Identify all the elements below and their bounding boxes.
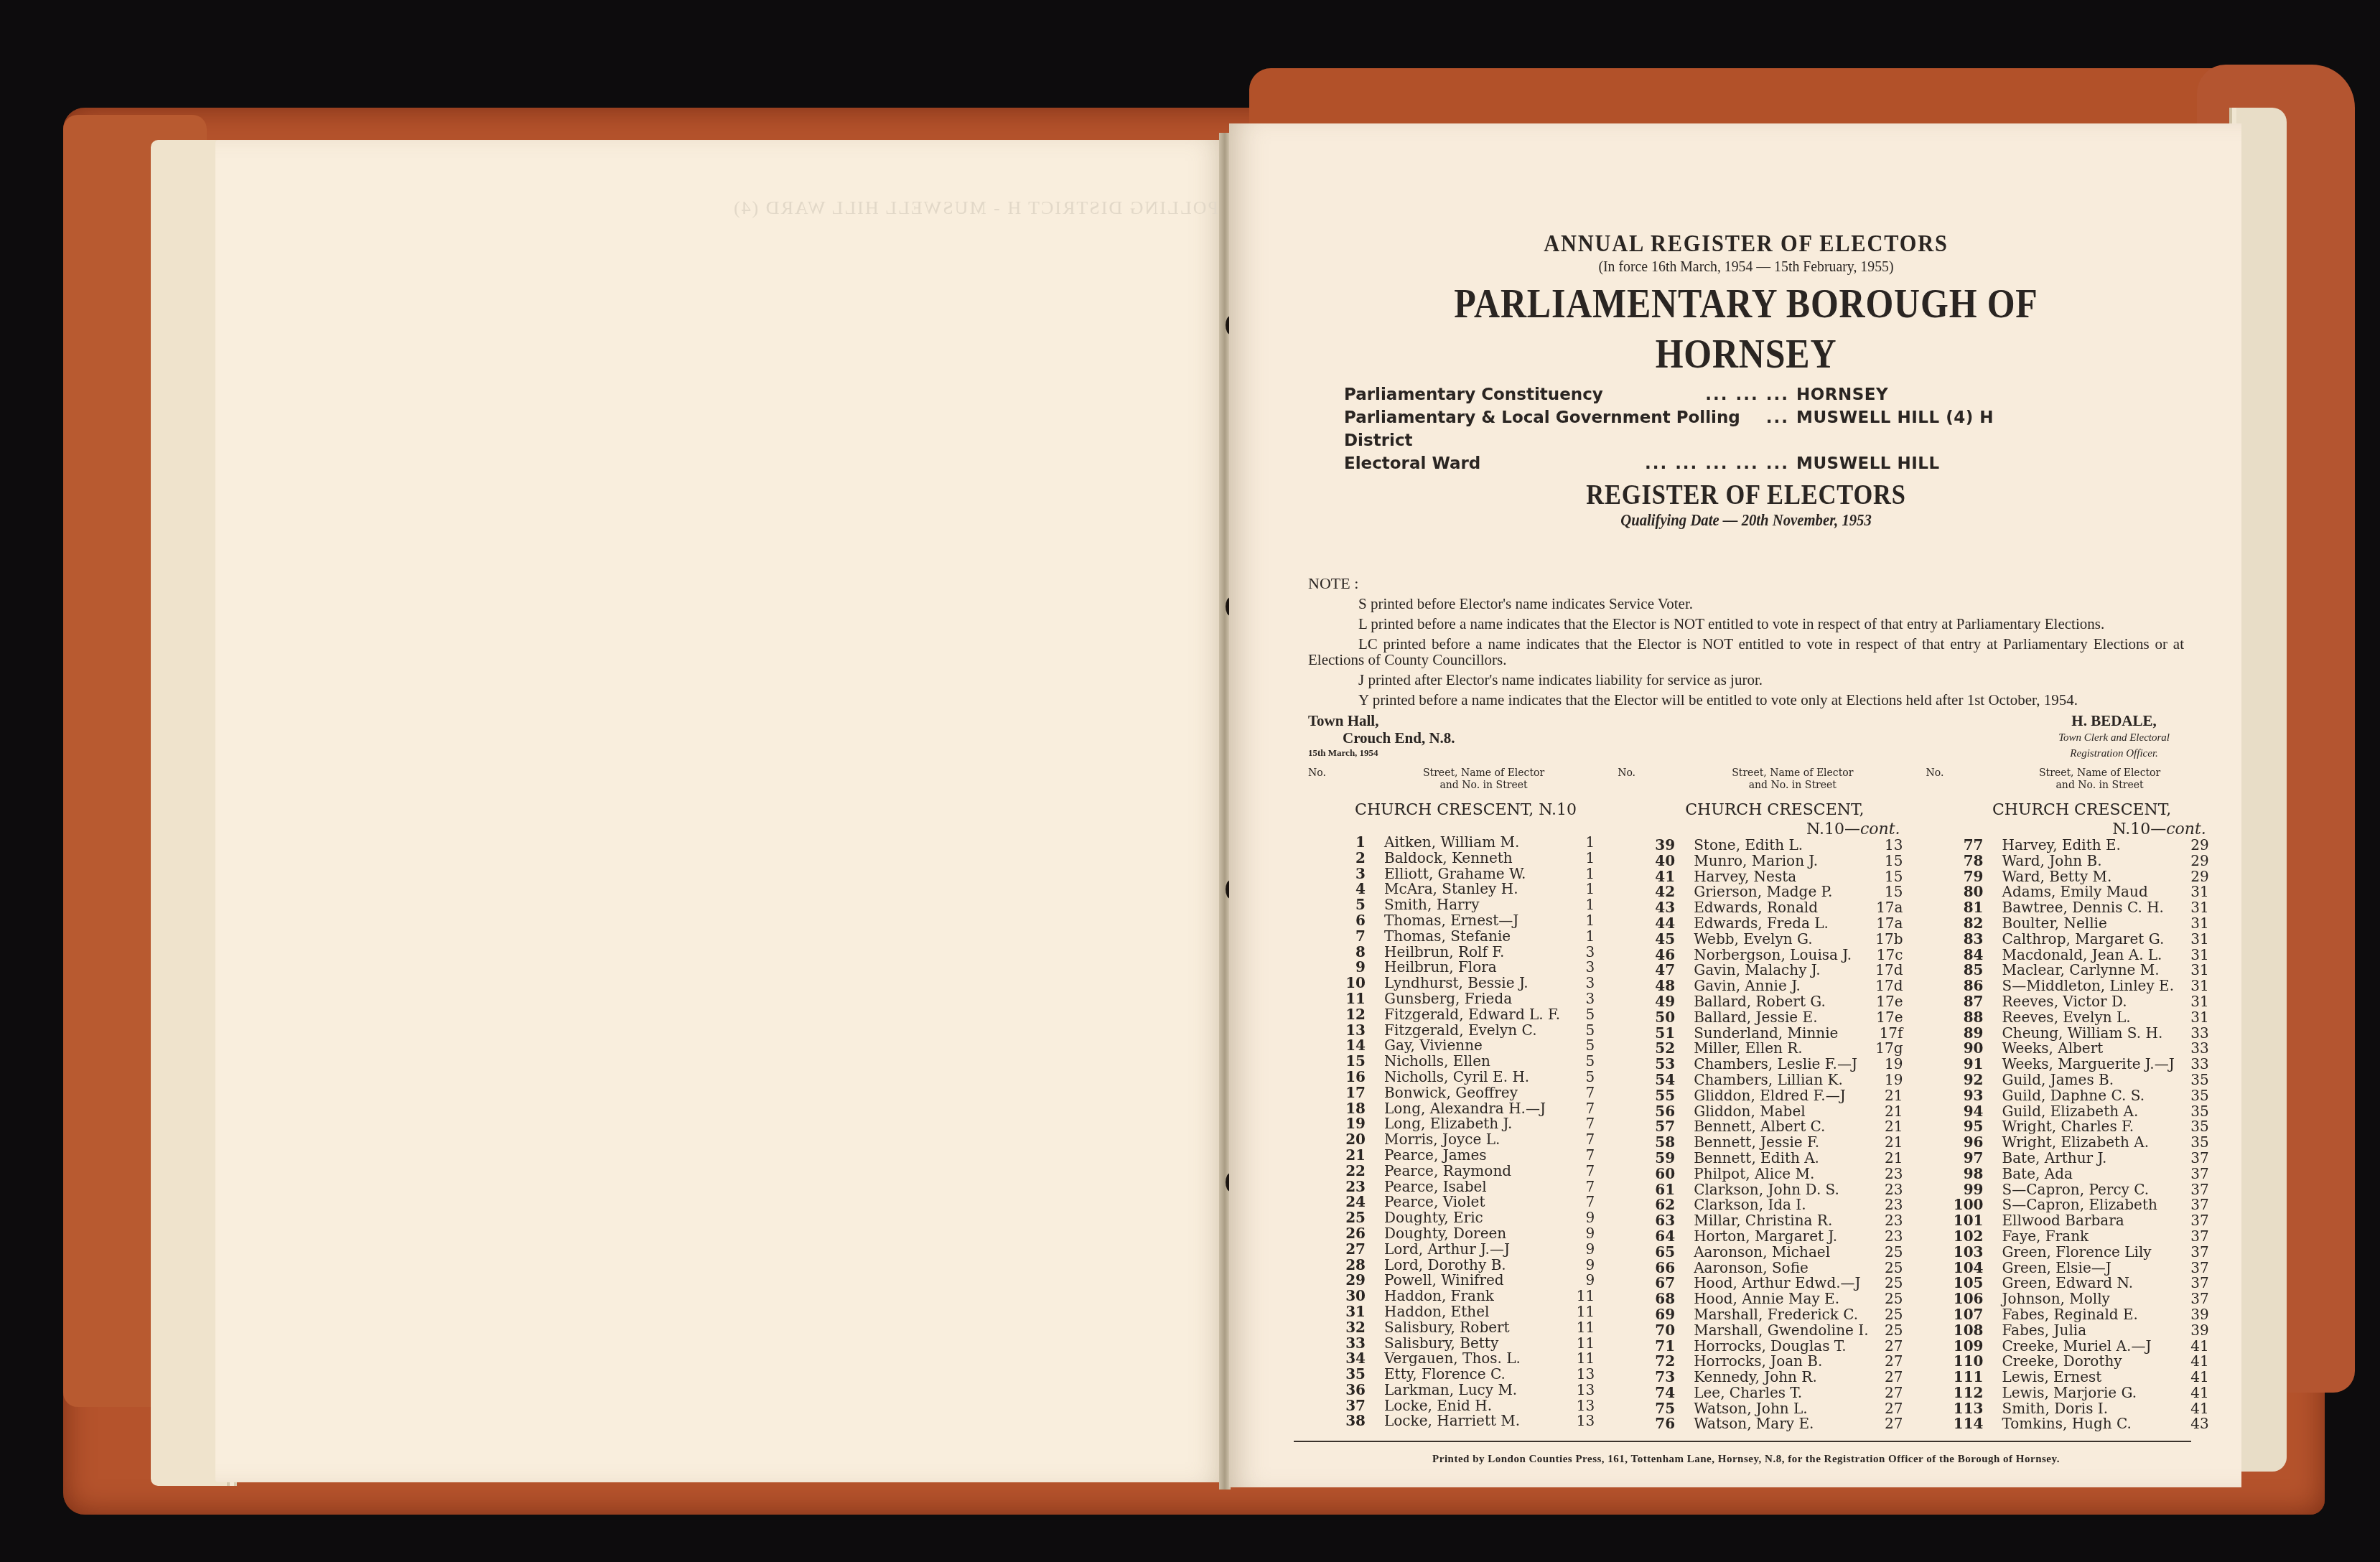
elector-row: 21Pearce, James7 — [1308, 1148, 1595, 1164]
register-column-2: No. Street, Name of Electorand No. in St… — [1618, 767, 1903, 1432]
leader-dots: ... ... ... — [1705, 383, 1789, 406]
elector-number: 76 — [1618, 1416, 1694, 1432]
elector-name: Vergauen, Thos. L. — [1384, 1351, 1560, 1367]
house-number: 9 — [1560, 1210, 1595, 1226]
elector-number: 82 — [1926, 916, 2002, 932]
elector-number: 106 — [1926, 1291, 2002, 1307]
elector-row: 99S—Capron, Percy C.37 — [1926, 1182, 2209, 1198]
elector-row: 4McAra, Stanley H.1 — [1308, 881, 1595, 897]
elector-name: Bonwick, Geoffrey — [1384, 1085, 1560, 1101]
elector-name: Thomas, Ernest—J — [1384, 913, 1560, 929]
elector-name: Watson, John L. — [1694, 1401, 1868, 1417]
elector-name: Fabes, Reginald E. — [2002, 1307, 2175, 1323]
elector-name: Fabes, Julia — [2002, 1323, 2175, 1339]
elector-row: 93Guild, Daphne C. S.35 — [1926, 1088, 2209, 1104]
elector-name: Adams, Emily Maud — [2002, 884, 2175, 900]
house-number: 15 — [1869, 869, 1903, 885]
elector-name: Lyndhurst, Bessie J. — [1384, 976, 1560, 991]
house-number: 37 — [2175, 1213, 2209, 1229]
elector-name: Pearce, Raymond — [1384, 1164, 1560, 1179]
column-header-desc: and No. in Street — [1373, 780, 1595, 792]
elector-row: 98Bate, Ada37 — [1926, 1166, 2209, 1182]
elector-name: Pearce, James — [1384, 1148, 1560, 1164]
elector-name: Reeves, Evelyn L. — [2002, 1010, 2175, 1026]
house-number: 43 — [2175, 1416, 2209, 1432]
elector-name: Gliddon, Mabel — [1694, 1104, 1868, 1120]
elector-name: Bennett, Jessie F. — [1694, 1135, 1868, 1151]
house-number: 33 — [2175, 1041, 2209, 1057]
register-column-3: No. Street, Name of Electorand No. in St… — [1926, 767, 2209, 1432]
officer-title: Town Clerk and Electoral — [2058, 730, 2170, 746]
elector-number: 108 — [1926, 1323, 2002, 1339]
elector-row: 75Watson, John L.27 — [1618, 1401, 1903, 1417]
elector-row: 42Grierson, Madge P.15 — [1618, 884, 1903, 900]
elector-row: 108Fabes, Julia39 — [1926, 1323, 2209, 1339]
elector-row: 111Lewis, Ernest41 — [1926, 1370, 2209, 1385]
house-number: 39 — [2175, 1323, 2209, 1339]
house-number: 35 — [2175, 1088, 2209, 1104]
elector-name: Boulter, Nellie — [2002, 916, 2175, 932]
elector-number: 43 — [1618, 900, 1694, 916]
elector-row: 91Weeks, Marguerite J.—J33 — [1926, 1057, 2209, 1072]
house-number: 33 — [2175, 1026, 2209, 1042]
elector-row: 56Gliddon, Mabel21 — [1618, 1104, 1903, 1120]
elector-row: 112Lewis, Marjorie G.41 — [1926, 1385, 2209, 1401]
column-header-no: No. — [1308, 767, 1373, 792]
elector-number: 74 — [1618, 1385, 1694, 1401]
elector-name: Cheung, William S. H. — [2002, 1026, 2175, 1042]
note-item: LC printed before a name indicates that … — [1308, 636, 2184, 668]
house-number: 31 — [2175, 948, 2209, 963]
district-label: Parliamentary & Local Government Polling… — [1344, 406, 1766, 452]
register-page-content: ANNUAL REGISTER OF ELECTORS (In force 16… — [1308, 231, 2184, 1466]
elector-name: Locke, Harriett M. — [1384, 1413, 1560, 1429]
elector-name: Green, Florence Lily — [2002, 1245, 2175, 1261]
elector-number: 72 — [1618, 1354, 1694, 1370]
elector-name: Gavin, Annie J. — [1694, 978, 1868, 994]
house-number: 27 — [1869, 1385, 1903, 1401]
elector-number: 11 — [1308, 991, 1384, 1007]
elector-name: S—Middleton, Linley E. — [2002, 978, 2175, 994]
elector-name: Maclear, Carlynne M. — [2002, 963, 2175, 978]
district-value: MUSWELL HILL (4) H — [1796, 406, 1994, 452]
annual-register-heading: ANNUAL REGISTER OF ELECTORS — [1343, 231, 2149, 257]
house-number: 29 — [2175, 854, 2209, 869]
entries-list: 77Harvey, Edith E.2978Ward, John B.2979W… — [1926, 838, 2209, 1432]
elector-row: 88Reeves, Evelyn L.31 — [1926, 1010, 2209, 1026]
elector-name: Chambers, Lillian K. — [1694, 1072, 1868, 1088]
elector-name: Powell, Winifred — [1384, 1273, 1560, 1289]
elector-number: 40 — [1618, 854, 1694, 869]
elector-name: Ellwood Barbara — [2002, 1213, 2175, 1229]
elector-number: 68 — [1618, 1291, 1694, 1307]
house-number: 37 — [2175, 1182, 2209, 1198]
elector-row: 11Gunsberg, Frieda3 — [1308, 991, 1595, 1007]
elector-name: Fitzgerald, Evelyn C. — [1384, 1023, 1560, 1039]
elector-number: 98 — [1926, 1166, 2002, 1182]
elector-number: 57 — [1618, 1119, 1694, 1135]
house-number: 7 — [1560, 1132, 1595, 1148]
house-number: 13 — [1560, 1398, 1595, 1414]
elector-number: 14 — [1308, 1038, 1384, 1054]
elector-row: 27Lord, Arthur J.—J9 — [1308, 1242, 1595, 1258]
house-number: 1 — [1560, 929, 1595, 945]
register-heading: REGISTER OF ELECTORS — [1369, 478, 2122, 511]
elector-row: 61Clarkson, John D. S.23 — [1618, 1182, 1903, 1198]
elector-number: 51 — [1618, 1026, 1694, 1042]
elector-row: 89Cheung, William S. H.33 — [1926, 1026, 2209, 1042]
elector-number: 23 — [1308, 1179, 1384, 1195]
elector-name: Harvey, Nesta — [1694, 869, 1868, 885]
column-header: No. Street, Name of Electorand No. in St… — [1308, 767, 1595, 792]
house-number: 9 — [1560, 1258, 1595, 1273]
borough-title: PARLIAMENTARY BOROUGH OF HORNSEY — [1369, 279, 2122, 379]
right-page: ANNUAL REGISTER OF ELECTORS (In force 16… — [1229, 123, 2241, 1487]
house-number: 25 — [1869, 1245, 1903, 1261]
elector-name: Guild, Elizabeth A. — [2002, 1104, 2175, 1120]
street-heading: CHURCH CRESCENT, N.10 — [1337, 802, 1595, 819]
entries-list: 39Stone, Edith L.1340Munro, Marion J.154… — [1618, 838, 1903, 1432]
elector-row: 69Marshall, Frederick C.25 — [1618, 1307, 1903, 1323]
elector-name: Ward, John B. — [2002, 854, 2175, 869]
elector-number: 10 — [1308, 976, 1384, 991]
elector-number: 45 — [1618, 932, 1694, 948]
elector-row: 54Chambers, Lillian K.19 — [1618, 1072, 1903, 1088]
house-number: 5 — [1560, 1070, 1595, 1085]
house-number: 33 — [2175, 1057, 2209, 1072]
house-number: 7 — [1560, 1148, 1595, 1164]
elector-name: Doughty, Doreen — [1384, 1226, 1560, 1242]
elector-number: 67 — [1618, 1276, 1694, 1291]
district-value: HORNSEY — [1796, 383, 1888, 406]
elector-number: 6 — [1308, 913, 1384, 929]
elector-number: 96 — [1926, 1135, 2002, 1151]
publication-date: 15th March, 1954 — [1308, 747, 1455, 759]
elector-number: 22 — [1308, 1164, 1384, 1179]
elector-row: 57Bennett, Albert C.21 — [1618, 1119, 1903, 1135]
street-continued: N.10—cont. — [1618, 822, 1903, 838]
house-number: 3 — [1560, 991, 1595, 1007]
elector-row: 17Bonwick, Geoffrey7 — [1308, 1085, 1595, 1101]
house-number: 31 — [2175, 916, 2209, 932]
elector-number: 18 — [1308, 1101, 1384, 1117]
elector-number: 53 — [1618, 1057, 1694, 1072]
elector-number: 70 — [1618, 1323, 1694, 1339]
house-number: 13 — [1560, 1367, 1595, 1383]
elector-row: 7Thomas, Stefanie1 — [1308, 929, 1595, 945]
house-number: 11 — [1560, 1304, 1595, 1320]
elector-name: Ballard, Robert G. — [1694, 994, 1868, 1010]
elector-name: Horton, Margaret J. — [1694, 1229, 1868, 1245]
elector-number: 46 — [1618, 948, 1694, 963]
elector-row: 104Green, Elsie—J37 — [1926, 1261, 2209, 1276]
house-number: 5 — [1560, 1038, 1595, 1054]
note-item: Y printed before a name indicates that t… — [1308, 692, 2184, 708]
elector-row: 37Locke, Enid H.13 — [1308, 1398, 1595, 1414]
elector-name: Watson, Mary E. — [1694, 1416, 1868, 1432]
elector-name: Aaronson, Sofie — [1694, 1261, 1868, 1276]
elector-row: 113Smith, Doris I.41 — [1926, 1401, 2209, 1417]
house-number: 9 — [1560, 1273, 1595, 1289]
elector-row: 95Wright, Charles F.35 — [1926, 1119, 2209, 1135]
house-number: 37 — [2175, 1151, 2209, 1166]
elector-row: 41Harvey, Nesta15 — [1618, 869, 1903, 885]
elector-name: Green, Elsie—J — [2002, 1261, 2175, 1276]
elector-row: 77Harvey, Edith E.29 — [1926, 838, 2209, 854]
elector-name: Long, Elizabeth J. — [1384, 1116, 1560, 1132]
house-number: 5 — [1560, 1007, 1595, 1023]
house-number: 1 — [1560, 835, 1595, 851]
leader-dots: ... — [1766, 406, 1789, 452]
elector-row: 71Horrocks, Douglas T.27 — [1618, 1339, 1903, 1355]
house-number: 19 — [1869, 1057, 1903, 1072]
elector-row: 26Doughty, Doreen9 — [1308, 1226, 1595, 1242]
elector-row: 85Maclear, Carlynne M.31 — [1926, 963, 2209, 978]
elector-name: Bawtree, Dennis C. H. — [2002, 900, 2175, 916]
elector-number: 48 — [1618, 978, 1694, 994]
elector-name: Lewis, Marjorie G. — [2002, 1385, 2175, 1401]
district-row-ward: Electoral Ward... ... ... ... ... MUSWEL… — [1344, 452, 2184, 475]
elector-number: 63 — [1618, 1213, 1694, 1229]
elector-number: 73 — [1618, 1370, 1694, 1385]
elector-row: 52Miller, Ellen R.17g — [1618, 1041, 1903, 1057]
elector-register-table: No. Street, Name of Electorand No. in St… — [1308, 767, 2184, 1432]
elector-name: Gavin, Malachy J. — [1694, 963, 1868, 978]
elector-number: 86 — [1926, 978, 2002, 994]
house-number: 31 — [2175, 1010, 2209, 1026]
entries-list: 1Aitken, William M.12Baldock, Kenneth13E… — [1308, 835, 1595, 1429]
elector-row: 14Gay, Vivienne5 — [1308, 1038, 1595, 1054]
elector-number: 8 — [1308, 945, 1384, 960]
house-number: 41 — [2175, 1370, 2209, 1385]
elector-row: 47Gavin, Malachy J.17d — [1618, 963, 1903, 978]
elector-row: 18Long, Alexandra H.—J7 — [1308, 1101, 1595, 1117]
elector-row: 110Creeke, Dorothy41 — [1926, 1354, 2209, 1370]
elector-name: Hood, Arthur Edwd.—J — [1694, 1276, 1868, 1291]
elector-row: 20Morris, Joyce L.7 — [1308, 1132, 1595, 1148]
elector-row: 84Macdonald, Jean A. L.31 — [1926, 948, 2209, 963]
elector-row: 74Lee, Charles T.27 — [1618, 1385, 1903, 1401]
house-number: 17a — [1869, 900, 1903, 916]
elector-name: Ward, Betty M. — [2002, 869, 2175, 885]
elector-number: 19 — [1308, 1116, 1384, 1132]
elector-row: 10Lyndhurst, Bessie J.3 — [1308, 976, 1595, 991]
elector-row: 70Marshall, Gwendoline I.25 — [1618, 1323, 1903, 1339]
address-line: Town Hall, — [1308, 712, 1455, 729]
elector-row: 6Thomas, Ernest—J1 — [1308, 913, 1595, 929]
house-number: 29 — [2175, 869, 2209, 885]
house-number: 37 — [2175, 1197, 2209, 1213]
house-number: 31 — [2175, 900, 2209, 916]
house-number: 1 — [1560, 866, 1595, 882]
house-number: 13 — [1869, 838, 1903, 854]
elector-row: 94Guild, Elizabeth A.35 — [1926, 1104, 2209, 1120]
elector-number: 13 — [1308, 1023, 1384, 1039]
printer-imprint: Printed by London Counties Press, 161, T… — [1308, 1454, 2184, 1466]
elector-name: Haddon, Frank — [1384, 1289, 1560, 1304]
elector-name: Creeke, Dorothy — [2002, 1354, 2175, 1370]
house-number: 41 — [2175, 1401, 2209, 1417]
elector-name: Long, Alexandra H.—J — [1384, 1101, 1560, 1117]
house-number: 9 — [1560, 1242, 1595, 1258]
elector-row: 48Gavin, Annie J.17d — [1618, 978, 1903, 994]
elector-number: 71 — [1618, 1339, 1694, 1355]
elector-row: 45Webb, Evelyn G.17b — [1618, 932, 1903, 948]
district-row-polling-district: Parliamentary & Local Government Polling… — [1344, 406, 2184, 452]
elector-row: 79Ward, Betty M.29 — [1926, 869, 2209, 885]
elector-row: 90Weeks, Albert33 — [1926, 1041, 2209, 1057]
elector-number: 65 — [1618, 1245, 1694, 1261]
column-header-desc: and No. in Street — [1991, 780, 2209, 792]
elector-number: 112 — [1926, 1385, 2002, 1401]
house-number: 23 — [1869, 1166, 1903, 1182]
elector-name: Smith, Doris I. — [2002, 1401, 2175, 1417]
house-number: 17a — [1869, 916, 1903, 932]
elector-row: 59Bennett, Edith A.21 — [1618, 1151, 1903, 1166]
note-item: L printed before a name indicates that t… — [1308, 616, 2184, 632]
house-number: 17c — [1869, 948, 1903, 963]
house-number: 7 — [1560, 1101, 1595, 1117]
house-number: 23 — [1869, 1213, 1903, 1229]
elector-row: 43Edwards, Ronald17a — [1618, 900, 1903, 916]
street-heading: CHURCH CRESCENT, — [1646, 802, 1903, 819]
elector-number: 38 — [1308, 1413, 1384, 1429]
elector-number: 4 — [1308, 881, 1384, 897]
house-number: 3 — [1560, 960, 1595, 976]
elector-name: S—Capron, Elizabeth — [2002, 1197, 2175, 1213]
elector-row: 23Pearce, Isabel7 — [1308, 1179, 1595, 1195]
elector-row: 28Lord, Dorothy B.9 — [1308, 1258, 1595, 1273]
elector-name: Bate, Arthur J. — [2002, 1151, 2175, 1166]
elector-row: 55Gliddon, Eldred F.—J21 — [1618, 1088, 1903, 1104]
notes-title: NOTE : — [1308, 576, 2184, 591]
elector-number: 37 — [1308, 1398, 1384, 1414]
house-number: 13 — [1560, 1413, 1595, 1429]
elector-number: 15 — [1308, 1054, 1384, 1070]
house-number: 39 — [2175, 1307, 2209, 1323]
elector-row: 36Larkman, Lucy M.13 — [1308, 1383, 1595, 1398]
elector-row: 80Adams, Emily Maud31 — [1926, 884, 2209, 900]
elector-number: 17 — [1308, 1085, 1384, 1101]
elector-row: 101Ellwood Barbara37 — [1926, 1213, 2209, 1229]
officer-title: Registration Officer. — [2058, 746, 2170, 762]
elector-name: Chambers, Leslie F.—J — [1694, 1057, 1868, 1072]
elector-row: 66Aaronson, Sofie25 — [1618, 1261, 1903, 1276]
elector-number: 61 — [1618, 1182, 1694, 1198]
elector-number: 2 — [1308, 851, 1384, 866]
elector-number: 54 — [1618, 1072, 1694, 1088]
elector-name: Edwards, Ronald — [1694, 900, 1868, 916]
elector-name: Haddon, Ethel — [1384, 1304, 1560, 1320]
house-number: 37 — [2175, 1245, 2209, 1261]
elector-row: 60Philpot, Alice M.23 — [1618, 1166, 1903, 1182]
elector-name: Horrocks, Douglas T. — [1694, 1339, 1868, 1355]
elector-row: 87Reeves, Victor D.31 — [1926, 994, 2209, 1010]
house-number: 17g — [1869, 1041, 1903, 1057]
elector-row: 106Johnson, Molly37 — [1926, 1291, 2209, 1307]
house-number: 37 — [2175, 1166, 2209, 1182]
elector-number: 69 — [1618, 1307, 1694, 1323]
house-number: 21 — [1869, 1104, 1903, 1120]
elector-number: 25 — [1308, 1210, 1384, 1226]
house-number: 11 — [1560, 1320, 1595, 1336]
elector-number: 7 — [1308, 929, 1384, 945]
house-number: 23 — [1869, 1229, 1903, 1245]
elector-name: Calthrop, Margaret G. — [2002, 932, 2175, 948]
house-number: 27 — [1869, 1339, 1903, 1355]
register-column-1: No. Street, Name of Electorand No. in St… — [1308, 767, 1595, 1432]
elector-name: Marshall, Gwendoline I. — [1694, 1323, 1868, 1339]
elector-number: 24 — [1308, 1194, 1384, 1210]
elector-number: 3 — [1308, 866, 1384, 882]
notes-section: NOTE : S printed before Elector's name i… — [1308, 576, 2184, 708]
elector-name: Gliddon, Eldred F.—J — [1694, 1088, 1868, 1104]
elector-row: 13Fitzgerald, Evelyn C.5 — [1308, 1023, 1595, 1039]
elector-name: Bate, Ada — [2002, 1166, 2175, 1182]
elector-name: Horrocks, Joan B. — [1694, 1354, 1868, 1370]
elector-row: 63Millar, Christina R.23 — [1618, 1213, 1903, 1229]
elector-row: 15Nicholls, Ellen5 — [1308, 1054, 1595, 1070]
elector-row: 81Bawtree, Dennis C. H.31 — [1926, 900, 2209, 916]
house-number: 27 — [1869, 1401, 1903, 1417]
house-number: 15 — [1869, 854, 1903, 869]
elector-row: 29Powell, Winifred9 — [1308, 1273, 1595, 1289]
elector-number: 58 — [1618, 1135, 1694, 1151]
elector-row: 8Heilbrun, Rolf F.3 — [1308, 945, 1595, 960]
elector-name: Salisbury, Robert — [1384, 1320, 1560, 1336]
elector-name: Salisbury, Betty — [1384, 1336, 1560, 1352]
elector-number: 50 — [1618, 1010, 1694, 1026]
elector-number: 94 — [1926, 1104, 2002, 1120]
elector-number: 87 — [1926, 994, 2002, 1010]
elector-name: Pearce, Violet — [1384, 1194, 1560, 1210]
elector-row: 105Green, Edward N.37 — [1926, 1276, 2209, 1291]
house-number: 31 — [2175, 978, 2209, 994]
elector-number: 42 — [1618, 884, 1694, 900]
house-number: 19 — [1869, 1072, 1903, 1088]
elector-number: 29 — [1308, 1273, 1384, 1289]
street-suffix: N.10— — [1806, 820, 1860, 838]
elector-row: 46Norbergson, Louisa J.17c — [1618, 948, 1903, 963]
elector-number: 84 — [1926, 948, 2002, 963]
elector-row: 86S—Middleton, Linley E.31 — [1926, 978, 2209, 994]
elector-name: Green, Edward N. — [2002, 1276, 2175, 1291]
elector-row: 44Edwards, Freda L.17a — [1618, 916, 1903, 932]
house-number: 21 — [1869, 1151, 1903, 1166]
elector-row: 50Ballard, Jessie E.17e — [1618, 1010, 1903, 1026]
house-number: 29 — [2175, 838, 2209, 854]
house-number: 5 — [1560, 1054, 1595, 1070]
elector-row: 102Faye, Frank37 — [1926, 1229, 2209, 1245]
elector-name: Kennedy, John R. — [1694, 1370, 1868, 1385]
house-number: 27 — [1869, 1354, 1903, 1370]
column-header-no: No. — [1618, 767, 1682, 792]
elector-name: Macdonald, Jean A. L. — [2002, 948, 2175, 963]
district-label: Electoral Ward — [1344, 452, 1480, 475]
elector-name: Aaronson, Michael — [1694, 1245, 1868, 1261]
column-header-desc: and No. in Street — [1682, 780, 1903, 792]
elector-row: 53Chambers, Leslie F.—J19 — [1618, 1057, 1903, 1072]
elector-number: 30 — [1308, 1289, 1384, 1304]
elector-row: 40Munro, Marion J.15 — [1618, 854, 1903, 869]
elector-row: 76Watson, Mary E.27 — [1618, 1416, 1903, 1432]
elector-name: Tomkins, Hugh C. — [2002, 1416, 2175, 1432]
house-number: 41 — [2175, 1339, 2209, 1355]
elector-number: 5 — [1308, 897, 1384, 913]
elector-row: 107Fabes, Reginald E.39 — [1926, 1307, 2209, 1323]
house-number: 31 — [2175, 884, 2209, 900]
elector-row: 9Heilbrun, Flora3 — [1308, 960, 1595, 976]
